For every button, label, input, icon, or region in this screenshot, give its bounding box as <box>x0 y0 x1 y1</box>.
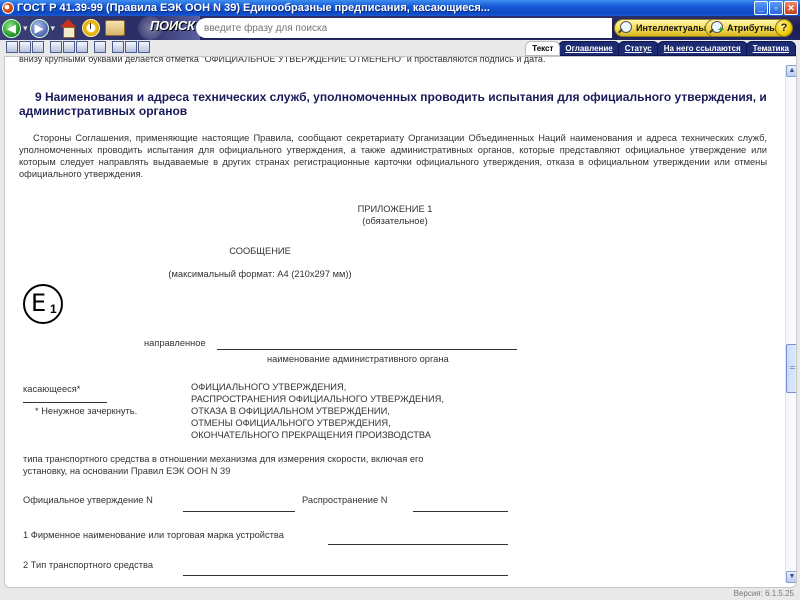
back-history-dropdown-icon[interactable]: ▾ <box>23 23 28 34</box>
find-in-text-icon[interactable] <box>94 41 106 53</box>
appendix-title: ПРИЛОЖЕНИЕ 1 <box>335 203 455 215</box>
help-button[interactable]: ? <box>775 19 793 37</box>
print-icon[interactable] <box>32 41 44 53</box>
extension-number-label: Распространение N <box>302 494 387 506</box>
field-2-line[interactable] <box>183 575 508 576</box>
home-icon[interactable] <box>59 19 77 37</box>
concerning-label: касающееся* <box>23 383 80 395</box>
window-title-bar[interactable]: ГОСТ Р 41.39-99 (Правила ЕЭК ООН N 39) Е… <box>0 0 800 16</box>
magnifier-plus-icon: + <box>708 21 724 35</box>
toolbar-spacer <box>45 41 49 53</box>
back-arrow-icon: ◀ <box>7 22 15 35</box>
scroll-up-icon[interactable] <box>112 41 124 53</box>
tab-0[interactable]: Текст <box>525 41 560 56</box>
magnifier-icon <box>617 21 633 35</box>
tab-4[interactable]: Тематика <box>746 41 796 56</box>
concerning-option: РАСПРОСТРАНЕНИЯ ОФИЦИАЛЬНОГО УТВЕРЖДЕНИЯ… <box>191 393 444 405</box>
minimize-button[interactable]: _ <box>754 1 768 15</box>
section-paragraph: Стороны Соглашения, применяющие настоящи… <box>19 132 767 180</box>
forward-history-dropdown-icon[interactable]: ▾ <box>51 23 56 34</box>
bookmark-add-icon[interactable] <box>63 41 75 53</box>
sent-by-caption: наименование административного органа <box>267 353 449 365</box>
app-icon <box>2 2 14 14</box>
toolbar-spacer <box>89 41 93 53</box>
concerning-option: ОТКАЗА В ОФИЦИАЛЬНОМ УТВЕРЖДЕНИИ, <box>191 405 444 417</box>
window-controls: _ ▫ ✕ <box>754 1 798 15</box>
search-label: ПОИСК <box>150 18 195 33</box>
clipped-text-line: внизу крупными буквами делается отметка … <box>19 56 545 64</box>
footnote-text: * Ненужное зачеркнуть. <box>35 405 137 417</box>
field-1-label: 1 Фирменное наименование или торговая ма… <box>23 529 284 541</box>
document-body: внизу крупными буквами делается отметка … <box>5 57 775 587</box>
field-2-label: 2 Тип транспортного средства <box>23 559 153 571</box>
forward-button[interactable]: ▶ <box>30 19 49 38</box>
vehicle-type-line-2: установку, на основании Правил ЕЭК ООН N… <box>23 465 230 477</box>
tab-3[interactable]: На него ссылаются <box>657 41 748 56</box>
scroll-down-button[interactable]: ▼ <box>786 571 797 583</box>
scroll-up-button[interactable]: ▲ <box>786 65 797 77</box>
vehicle-type-line-1: типа транспортного средства в отношении … <box>23 453 423 465</box>
save-icon[interactable] <box>6 41 18 53</box>
split-view-icon[interactable] <box>125 41 137 53</box>
concerning-option: ОКОНЧАТЕЛЬНОГО ПРЕКРАЩЕНИЯ ПРОИЗВОДСТВА <box>191 429 444 441</box>
history-clock-icon[interactable] <box>82 19 100 37</box>
section-heading: 9 Наименования и адреса технических служ… <box>19 90 769 118</box>
footnote-separator <box>23 402 107 403</box>
sent-by-field-line[interactable] <box>217 349 517 350</box>
document-tabs: ТекстОглавлениеСтатусНа него ссылаютсяТе… <box>527 41 796 56</box>
e-mark-letter: E <box>31 289 46 317</box>
document-viewer: внизу крупными буквами делается отметка … <box>4 56 797 588</box>
e-mark-symbol: E 1 <box>23 284 63 324</box>
approval-number-label: Официальное утверждение N <box>23 494 153 506</box>
restore-button[interactable]: ▫ <box>769 1 783 15</box>
extension-number-field-line[interactable] <box>413 511 508 512</box>
scroll-thumb[interactable] <box>786 344 797 393</box>
message-format: (максимальный формат: А4 (210x297 мм)) <box>145 268 375 280</box>
message-title: СООБЩЕНИЕ <box>205 245 315 257</box>
approval-number-field-line[interactable] <box>183 511 295 512</box>
back-button[interactable]: ◀ <box>2 19 21 38</box>
export-word-icon[interactable] <box>19 41 31 53</box>
appendix-header: ПРИЛОЖЕНИЕ 1 (обязательное) <box>335 203 455 227</box>
vertical-scrollbar[interactable]: ▲ ▼ <box>785 65 797 583</box>
scroll-down-icon[interactable] <box>138 41 150 53</box>
version-label: Версия: 6.1.5.25 <box>734 589 794 598</box>
concerning-option: ОФИЦИАЛЬНОГО УТВЕРЖДЕНИЯ, <box>191 381 444 393</box>
field-1-line[interactable] <box>328 544 508 545</box>
concerning-option: ОТМЕНЫ ОФИЦИАЛЬНОГО УТВЕРЖДЕНИЯ, <box>191 417 444 429</box>
toolbar-spacer <box>107 41 111 53</box>
concerning-options: ОФИЦИАЛЬНОГО УТВЕРЖДЕНИЯ,РАСПРОСТРАНЕНИЯ… <box>191 381 444 441</box>
bookmark-icon[interactable] <box>76 41 88 53</box>
forward-arrow-icon: ▶ <box>35 22 43 35</box>
appendix-note: (обязательное) <box>335 215 455 227</box>
toolbar-icons <box>6 41 150 53</box>
nav-buttons: ◀ ▾ ▶ ▾ ПОИСК <box>0 16 200 40</box>
copy-icon[interactable] <box>50 41 62 53</box>
sent-by-label: направленное <box>144 337 206 349</box>
window-title: ГОСТ Р 41.39-99 (Правила ЕЭК ООН N 39) Е… <box>17 2 490 14</box>
tab-1[interactable]: Оглавление <box>558 41 619 56</box>
close-button[interactable]: ✕ <box>784 1 798 15</box>
archive-box-icon[interactable] <box>105 20 125 36</box>
e-mark-number: 1 <box>50 302 57 316</box>
search-input[interactable] <box>196 18 612 38</box>
tab-2[interactable]: Статус <box>618 41 659 56</box>
